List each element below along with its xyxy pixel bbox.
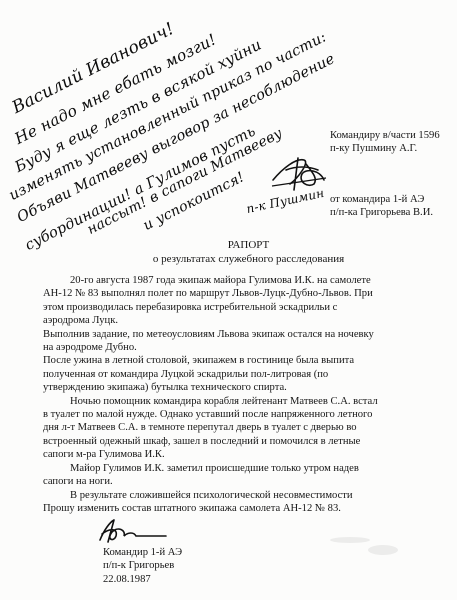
body-line: Выполнив задание, по метеоусловиям Львов… [43,328,438,341]
scan-artifact [330,537,370,543]
body-line: В результате сложившейся психологической… [43,489,438,502]
scanned-document-page: Василий Иванович! Не надо мне ебать мозг… [0,0,457,600]
body-line: После ужина в летной столовой, экипажем … [43,354,438,367]
body-line: Майор Гулимов И.К. заметил происшедшие т… [43,462,438,475]
author-signature-icon [92,516,172,544]
report-subtitle: о результатах служебного расследования [20,252,457,266]
body-line: дня л-т Матвеев С.А. в темноте перепутал… [43,421,438,434]
addressee-to: Командиру в/части 1596 п-ку Пушмину А.Г. [330,129,440,156]
addressee-unit: Командиру в/части 1596 [330,129,440,142]
body-line: Ночью помощник командира корабля лейтена… [43,395,438,408]
scan-artifact [368,545,398,555]
report-body: 20-го августа 1987 года экипаж майора Гу… [43,274,438,515]
report-title: РАПОРТ [20,238,457,252]
addressee-from: от командира 1-й АЭ п/п-ка Григорьева В.… [330,193,433,220]
body-line: 20-го августа 1987 года экипаж майора Гу… [43,274,438,287]
body-line: полученная от командира Луцкой эскадриль… [43,368,438,381]
signature-block: Командир 1-й АЭ п/п-к Григорьев 22.08.19… [103,546,182,586]
sender-position: от командира 1-й АЭ [330,193,433,206]
sender-name: п/п-ка Григорьева В.И. [330,206,433,219]
body-line: встроенный одежный шкаф, зашел в последн… [43,435,438,448]
signer-name: п/п-к Григорьев [103,559,182,572]
body-line: АН-12 № 83 выполнял полет по маршрут Льв… [43,287,438,300]
body-line: этом производилась перебазировка истреби… [43,301,438,314]
signer-position: Командир 1-й АЭ [103,546,182,559]
body-line: аэродрома Луцк. [43,314,438,327]
report-date: 22.08.1987 [103,573,182,586]
body-line: в туалет по малой нужде. Однако уставший… [43,408,438,421]
body-line: на аэродроме Дубно. [43,341,438,354]
body-line: сапоги на ноги. [43,475,438,488]
body-line: утверждению экипажа) бутылка техническог… [43,381,438,394]
body-line: сапоги м-ра Гулимова И.К. [43,448,438,461]
body-line: Прошу изменить состав штатного экипажа с… [43,502,438,515]
addressee-name: п-ку Пушмину А.Г. [330,142,440,155]
